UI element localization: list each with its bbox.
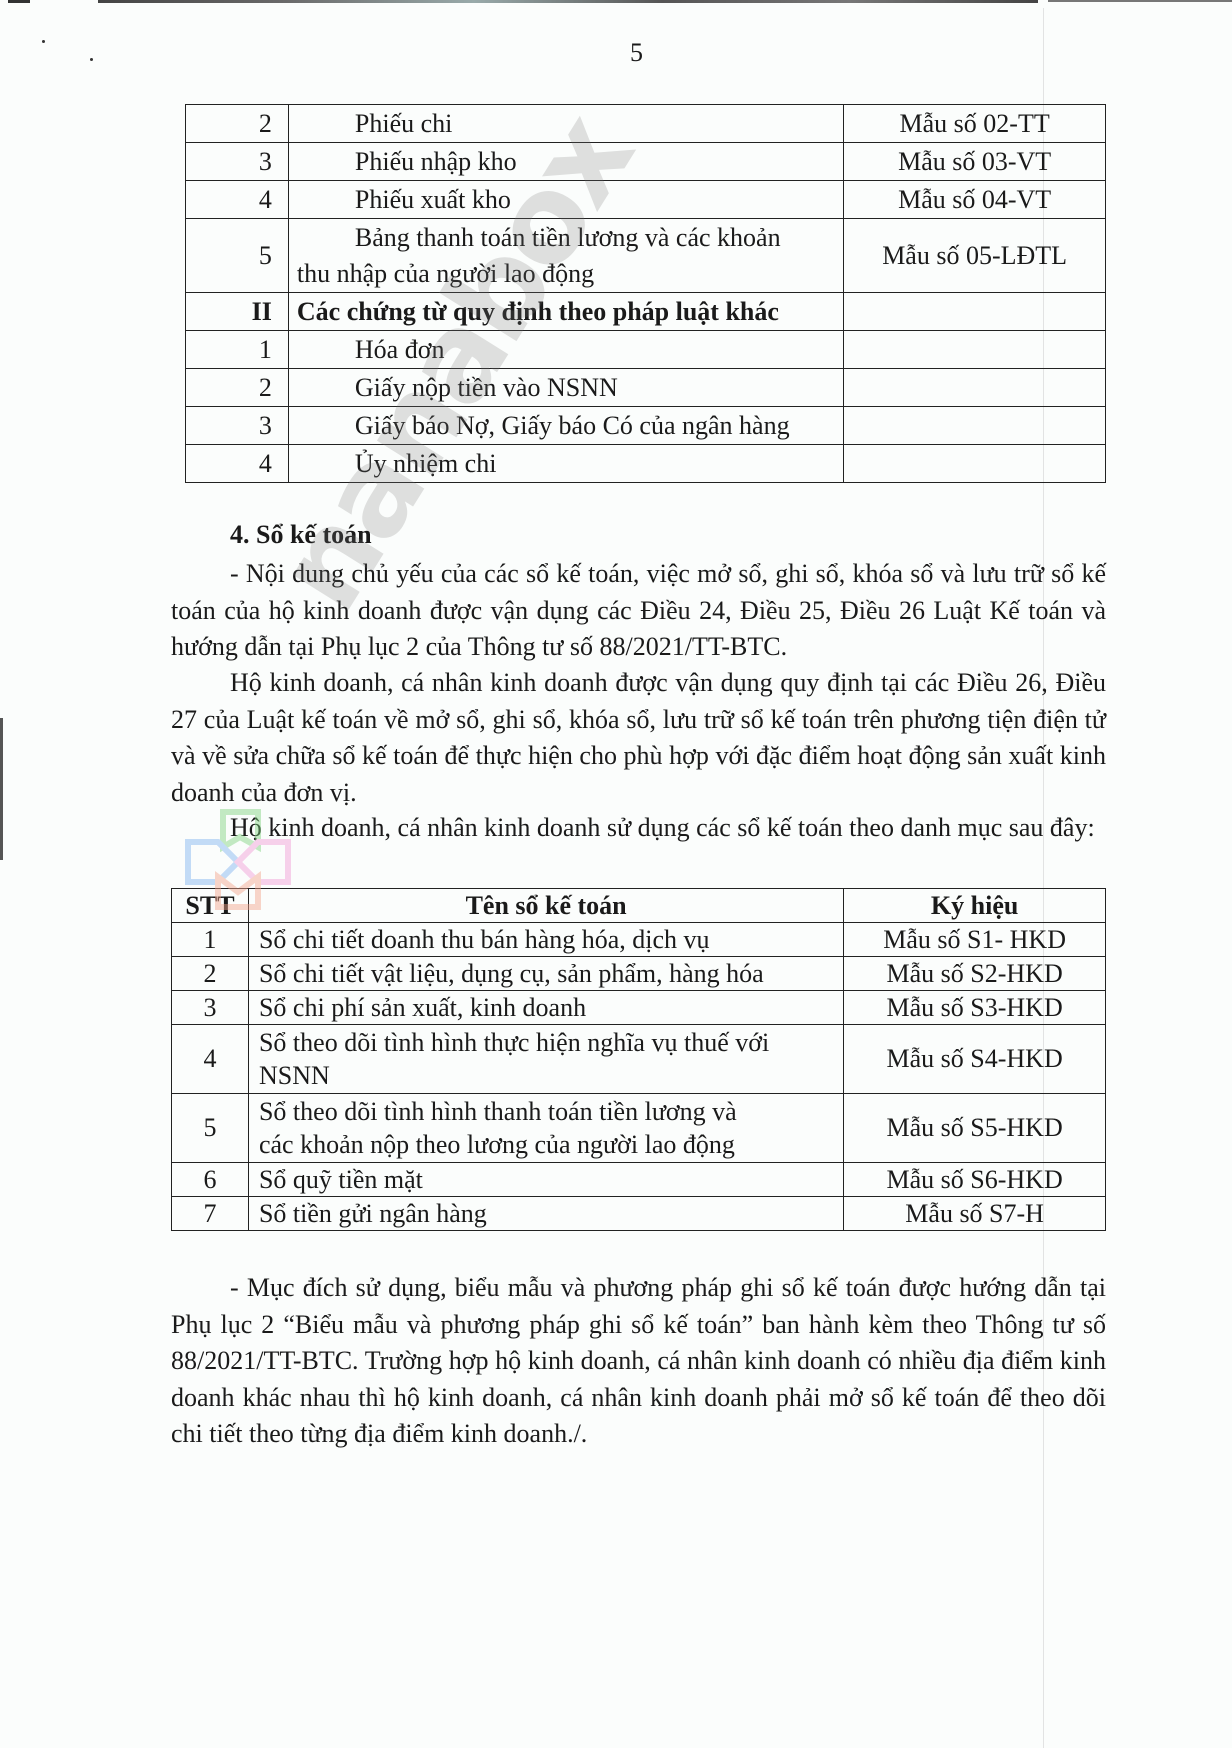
table-row: 3 Sổ chi phí sản xuất, kinh doanh Mẫu số… [172,991,1106,1025]
scan-top-border [98,0,1038,3]
row-number: 7 [172,1197,249,1231]
form-code [844,331,1106,369]
table-row: 3 Giấy báo Nợ, Giấy báo Có của ngân hàng [186,407,1106,445]
section-row: II Các chứng từ quy định theo pháp luật … [186,293,1106,331]
row-number: 2 [172,957,249,991]
book-name: Sổ theo dõi tình hình thanh toán tiền lư… [248,1094,843,1163]
form-code [844,445,1106,483]
document-name: Hóa đơn [288,331,843,369]
table-row: 2 Giấy nộp tiền vào NSNN [186,369,1106,407]
table-row: 5 Sổ theo dõi tình hình thanh toán tiền … [172,1094,1106,1163]
row-number: 4 [186,445,289,483]
document-name: Bảng thanh toán tiền lương và các khoảnt… [288,219,843,293]
form-code: Mẫu số S2-HKD [844,957,1106,991]
table-row: 4 Ủy nhiệm chi [186,445,1106,483]
page-number: 5 [630,38,643,68]
form-code: Mẫu số 03-VT [844,143,1106,181]
row-number: 5 [172,1094,249,1163]
book-name: Sổ theo dõi tình hình thực hiện nghĩa vụ… [248,1025,843,1094]
table-row: 3 Phiếu nhập kho Mẫu số 03-VT [186,143,1106,181]
row-number: 5 [186,219,289,293]
form-code: Mẫu số S5-HKD [844,1094,1106,1163]
table-row: 2 Phiếu chi Mẫu số 02-TT [186,105,1106,143]
scan-speck [42,40,45,43]
row-number: 4 [172,1025,249,1094]
row-number: 2 [186,369,289,407]
row-number: 3 [172,991,249,1025]
form-code: Mẫu số S4-HKD [844,1025,1106,1094]
table-row: 4 Phiếu xuất kho Mẫu số 04-VT [186,181,1106,219]
row-number: 3 [186,407,289,445]
section-number: II [186,293,289,331]
scan-speck [90,58,93,61]
table-row: 5 Bảng thanh toán tiền lương và các khoả… [186,219,1106,293]
document-name: Phiếu xuất kho [288,181,843,219]
row-number: 6 [172,1163,249,1197]
document-name: Phiếu chi [288,105,843,143]
book-name: Sổ tiền gửi ngân hàng [248,1197,843,1231]
form-code [844,369,1106,407]
row-number: 1 [172,923,249,957]
document-name: Giấy nộp tiền vào NSNN [288,369,843,407]
table-row: 6 Sổ quỹ tiền mặt Mẫu số S6-HKD [172,1163,1106,1197]
book-name: Sổ quỹ tiền mặt [248,1163,843,1197]
row-number: 2 [186,105,289,143]
form-code: Mẫu số S7-H [844,1197,1106,1231]
row-number: 4 [186,181,289,219]
paragraph: Hộ kinh doanh, cá nhân kinh doanh sử dụn… [171,810,1106,847]
form-code [844,407,1106,445]
section-heading: 4. Sổ kế toán [230,520,372,550]
documents-table: 2 Phiếu chi Mẫu số 02-TT 3 Phiếu nhập kh… [185,104,1106,483]
table-row: 1 Sổ chi tiết doanh thu bán hàng hóa, dị… [172,923,1106,957]
table-header-row: STT Tên sổ kế toán Ký hiệu [172,889,1106,923]
table-row: 1 Hóa đơn [186,331,1106,369]
table-row: 4 Sổ theo dõi tình hình thực hiện nghĩa … [172,1025,1106,1094]
table-row: 2 Sổ chi tiết vật liệu, dụng cụ, sản phẩ… [172,957,1106,991]
column-header-stt: STT [172,889,249,923]
document-name: Ủy nhiệm chi [288,445,843,483]
row-number: 1 [186,331,289,369]
paragraph: - Mục đích sử dụng, biểu mẫu và phương p… [171,1270,1106,1453]
scan-edge-mark [0,718,3,860]
form-code: Mẫu số S1- HKD [844,923,1106,957]
document-name: Giấy báo Nợ, Giấy báo Có của ngân hàng [288,407,843,445]
accounting-books-table: STT Tên sổ kế toán Ký hiệu 1 Sổ chi tiết… [171,888,1106,1231]
form-code: Mẫu số S6-HKD [844,1163,1106,1197]
section-title: Các chứng từ quy định theo pháp luật khá… [288,293,843,331]
column-header-name: Tên sổ kế toán [248,889,843,923]
row-number: 3 [186,143,289,181]
book-name: Sổ chi tiết vật liệu, dụng cụ, sản phẩm,… [248,957,843,991]
paragraph: Hộ kinh doanh, cá nhân kinh doanh được v… [171,665,1106,811]
form-code: Mẫu số 05-LĐTL [844,219,1106,293]
book-name: Sổ chi phí sản xuất, kinh doanh [248,991,843,1025]
scan-edge-mark [8,0,30,3]
column-header-code: Ký hiệu [844,889,1106,923]
document-name: Phiếu nhập kho [288,143,843,181]
form-code: Mẫu số 02-TT [844,105,1106,143]
table-row: 7 Sổ tiền gửi ngân hàng Mẫu số S7-H [172,1197,1106,1231]
form-code: Mẫu số S3-HKD [844,991,1106,1025]
form-code [844,293,1106,331]
scan-edge-mark [1048,0,1232,2]
book-name: Sổ chi tiết doanh thu bán hàng hóa, dịch… [248,923,843,957]
form-code: Mẫu số 04-VT [844,181,1106,219]
paragraph: - Nội dung chủ yếu của các sổ kế toán, v… [171,556,1106,666]
